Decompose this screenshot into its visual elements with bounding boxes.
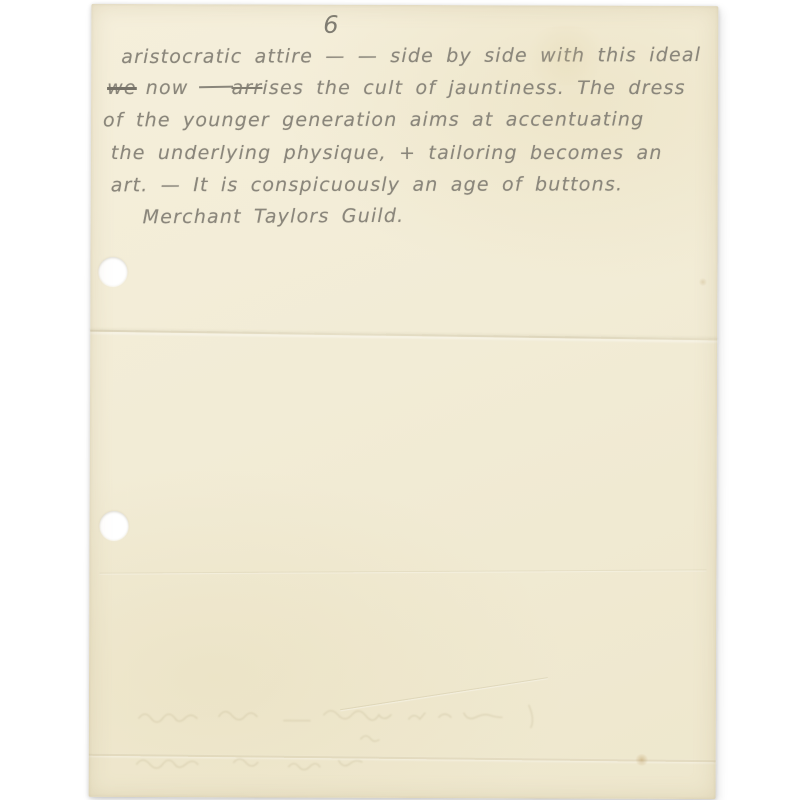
handwritten-line-1: aristocratic attire — — side by side wit… — [121, 44, 701, 68]
handwritten-line-4: the underlying physique, + tailoring bec… — [111, 142, 663, 164]
punch-hole-bottom — [100, 511, 129, 540]
manuscript-page: 6 aristocratic attire — — side by side w… — [89, 4, 719, 799]
foxing-stain — [698, 278, 707, 286]
handwritten-line-5: art. — It is conspicuously an age of but… — [111, 173, 623, 196]
scanned-document: 6 aristocratic attire — — side by side w… — [0, 0, 800, 800]
struck-out-word: we — [107, 77, 137, 99]
page-number: 6 — [323, 11, 339, 39]
handwritten-line-6: Merchant Taylors Guild. — [143, 205, 405, 228]
handwritten-text: ises the cult of jauntiness. The dress — [262, 77, 685, 99]
deletion-stroke — [200, 85, 234, 88]
foxing-stain — [635, 754, 649, 766]
showthrough-writing — [109, 694, 669, 786]
bottom-crease — [89, 754, 716, 763]
struck-out-letters: arr — [232, 77, 263, 99]
punch-hole-top — [98, 257, 127, 286]
handwritten-line-3: of the younger generation aims at accent… — [103, 108, 644, 131]
fold-crease — [90, 330, 717, 341]
handwritten-line-2: wenowarrises the cult of jauntiness. The… — [107, 77, 686, 99]
diagonal-crease — [340, 677, 548, 710]
faint-crease — [99, 569, 706, 573]
handwritten-word: now — [146, 77, 189, 99]
